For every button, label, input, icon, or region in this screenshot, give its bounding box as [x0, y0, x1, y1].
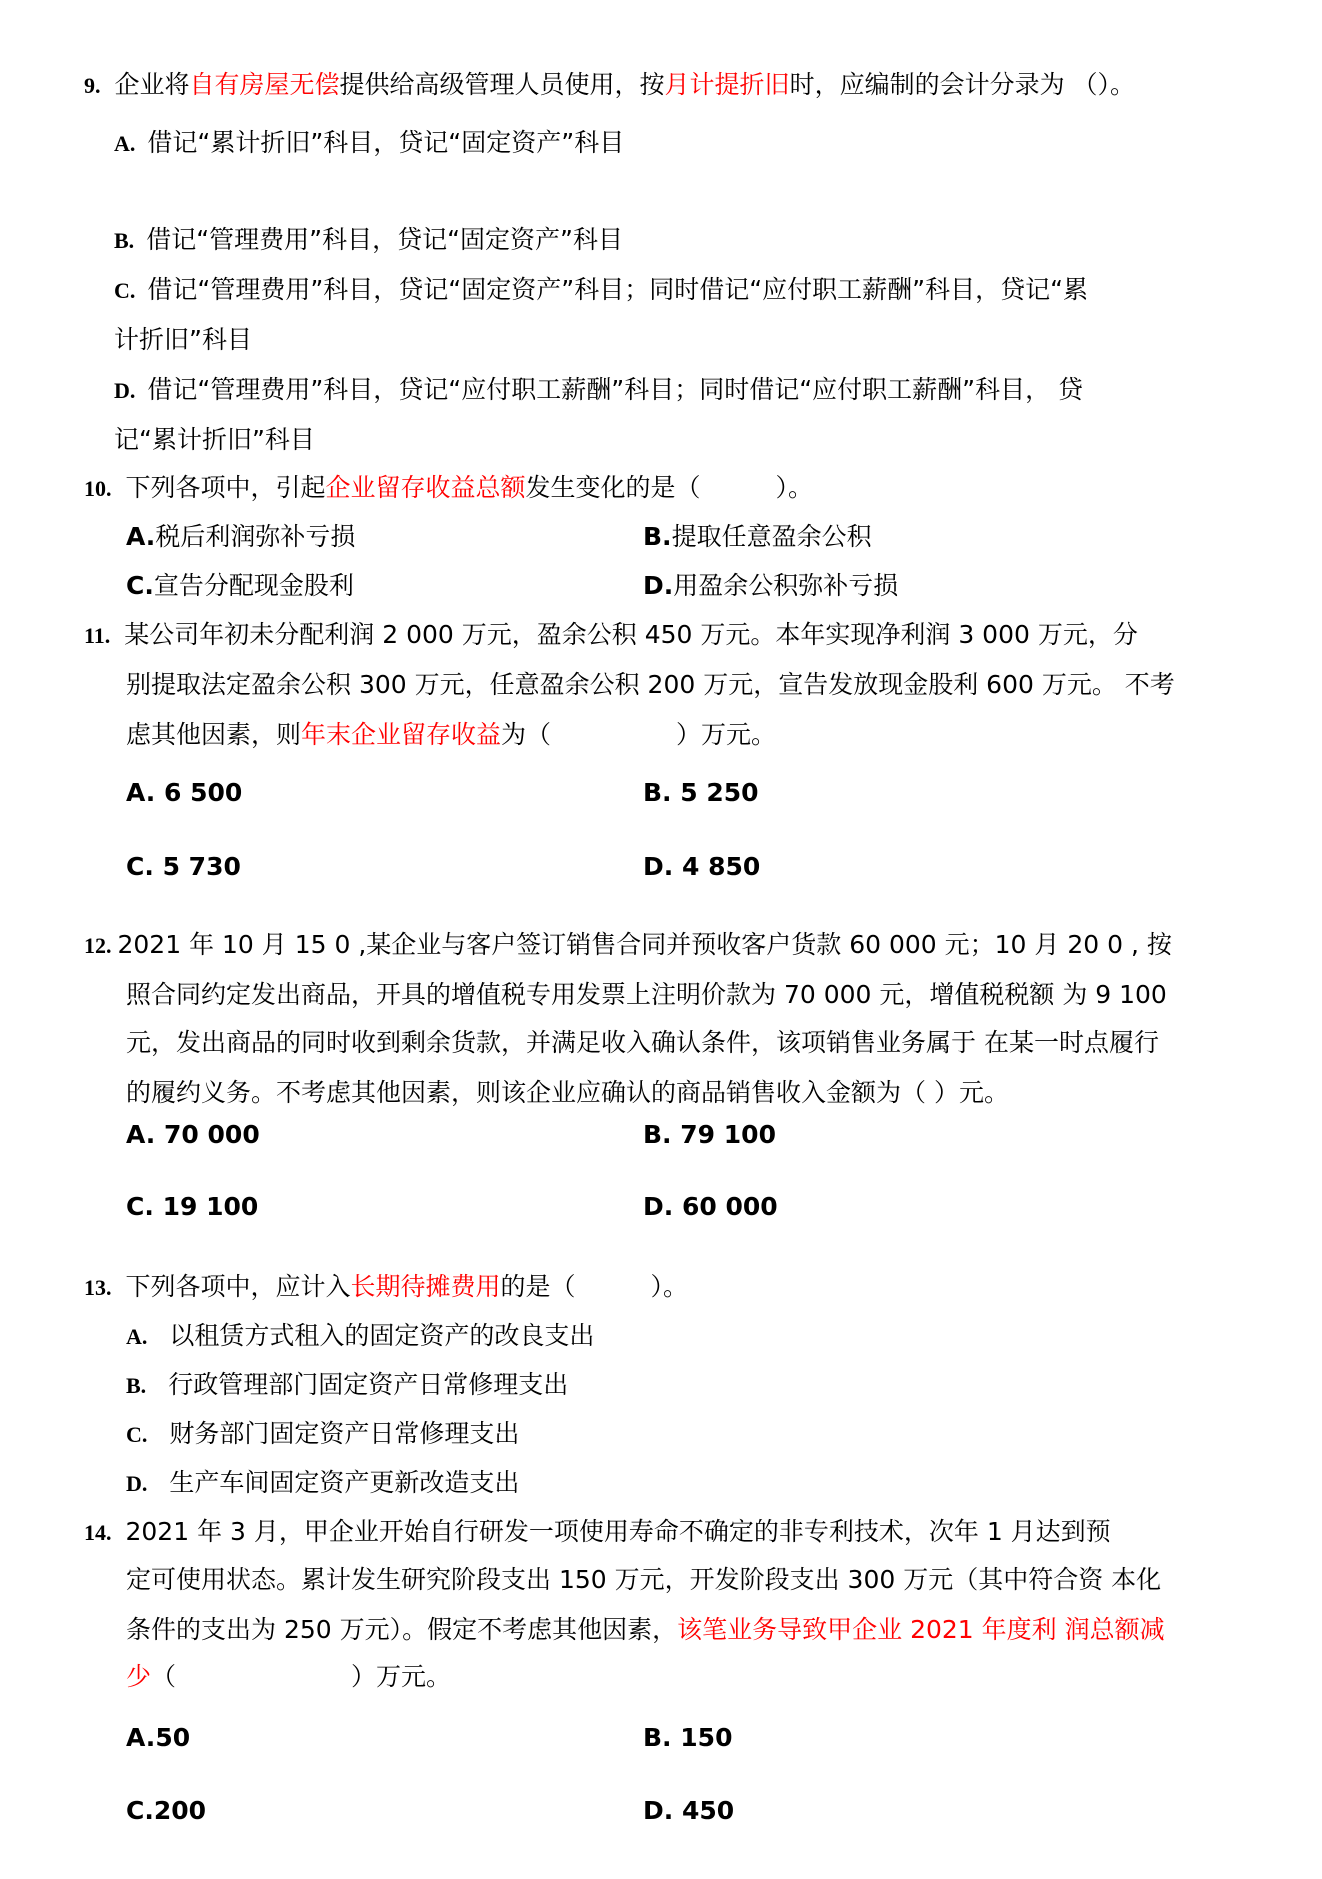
- option-d[interactable]: D.用盈余公积弥补亏损: [643, 568, 898, 604]
- question-number: 14.: [84, 1520, 112, 1545]
- question-12-stem: 12.2021 年 10 月 15 0 ,某企业与客户签订销售合同并预收客户货款…: [84, 927, 1172, 963]
- option-c[interactable]: C.200: [126, 1793, 206, 1829]
- highlight-text: 该笔业务导致甲企业 2021 年度利 润总额减: [677, 1615, 1164, 1644]
- question-number: 9.: [84, 73, 101, 98]
- option-b[interactable]: B. 5 250: [643, 775, 759, 811]
- option-d[interactable]: D. 450: [643, 1793, 734, 1829]
- highlight-text: 年末企业留存收益: [301, 720, 501, 749]
- highlight-text: 月计提折旧: [665, 70, 790, 99]
- question-10-stem: 10.下列各项中，引起企业留存收益总额发生变化的是（ ）。: [84, 470, 813, 506]
- option-d[interactable]: D.生产车间固定资产更新改造支出: [126, 1465, 519, 1501]
- question-12-line-3: 元，发出商品的同时收到剩余货款，并满足收入确认条件，该项销售业务属于 在某一时点…: [126, 1025, 1159, 1061]
- question-number: 11.: [84, 623, 110, 648]
- option-d[interactable]: D. 4 850: [643, 849, 760, 885]
- option-d[interactable]: D. 60 000: [643, 1189, 778, 1225]
- question-9-stem: 9.企业将自有房屋无偿提供给高级管理人员使用，按月计提折旧时，应编制的会计分录为…: [84, 67, 1135, 103]
- question-14-line-3: 条件的支出为 250 万元）。假定不考虑其他因素，该笔业务导致甲企业 2021 …: [126, 1612, 1165, 1648]
- highlight-text: 自有房屋无偿: [190, 70, 340, 99]
- option-c[interactable]: C. 5 730: [126, 849, 241, 885]
- question-number: 10.: [84, 476, 112, 501]
- question-12-line-2: 照合同约定发出商品，开具的增值税专用发票上注明价款为 70 000 元，增值税税…: [126, 977, 1167, 1013]
- option-a[interactable]: A.以租赁方式租入的固定资产的改良支出: [126, 1318, 594, 1354]
- option-d-continued: 记“累计折旧”科目: [114, 422, 315, 458]
- question-number: 13.: [84, 1275, 112, 1300]
- option-a[interactable]: A. 6 500: [126, 775, 242, 811]
- question-11-stem: 11.某公司年初未分配利润 2 000 万元，盈余公积 450 万元。本年实现净…: [84, 617, 1138, 653]
- question-12-line-4: 的履约义务。不考虑其他因素，则该企业应确认的商品销售收入金额为（ ）元。: [126, 1075, 1009, 1111]
- question-14-stem: 14.2021 年 3 月，甲企业开始自行研发一项使用寿命不确定的非专利技术，次…: [84, 1514, 1111, 1550]
- highlight-text: 企业留存收益总额: [326, 473, 526, 502]
- question-11-line-3: 虑其他因素，则年末企业留存收益为（ ）万元。: [126, 717, 776, 753]
- question-number: 12.: [84, 933, 112, 958]
- option-b[interactable]: B.提取任意盈余公积: [643, 519, 872, 555]
- option-a[interactable]: A. 70 000: [126, 1117, 260, 1153]
- highlight-text: 少: [126, 1662, 151, 1691]
- question-14-line-4: 少（ ）万元。: [126, 1659, 451, 1695]
- highlight-text: 长期待摊费用: [351, 1272, 501, 1301]
- option-b[interactable]: B. 79 100: [643, 1117, 776, 1153]
- option-c[interactable]: C.宣告分配现金股利: [126, 568, 354, 604]
- option-c-continued: 计折旧”科目: [114, 322, 252, 358]
- question-11-line-2: 别提取法定盈余公积 300 万元，任意盈余公积 200 万元，宣告发放现金股利 …: [126, 667, 1175, 703]
- question-13-stem: 13.下列各项中，应计入长期待摊费用的是（ ）。: [84, 1269, 688, 1305]
- option-a[interactable]: A.借记“累计折旧”科目，贷记“固定资产”科目: [114, 125, 624, 161]
- option-c[interactable]: C.财务部门固定资产日常修理支出: [126, 1416, 519, 1452]
- option-a[interactable]: A.50: [126, 1720, 190, 1756]
- option-c[interactable]: C.借记“管理费用”科目，贷记“固定资产”科目；同时借记“应付职工薪酬”科目，贷…: [114, 272, 1088, 308]
- option-c[interactable]: C. 19 100: [126, 1189, 258, 1225]
- question-14-line-2: 定可使用状态。累计发生研究阶段支出 150 万元，开发阶段支出 300 万元（其…: [126, 1562, 1161, 1598]
- option-b[interactable]: B. 150: [643, 1720, 732, 1756]
- option-d[interactable]: D.借记“管理费用”科目，贷记“应付职工薪酬”科目；同时借记“应付职工薪酬”科目…: [114, 372, 1083, 408]
- option-b[interactable]: B.行政管理部门固定资产日常修理支出: [126, 1367, 568, 1403]
- option-a[interactable]: A.税后利润弥补亏损: [126, 519, 355, 555]
- option-b[interactable]: B.借记“管理费用”科目，贷记“固定资产”科目: [114, 222, 623, 258]
